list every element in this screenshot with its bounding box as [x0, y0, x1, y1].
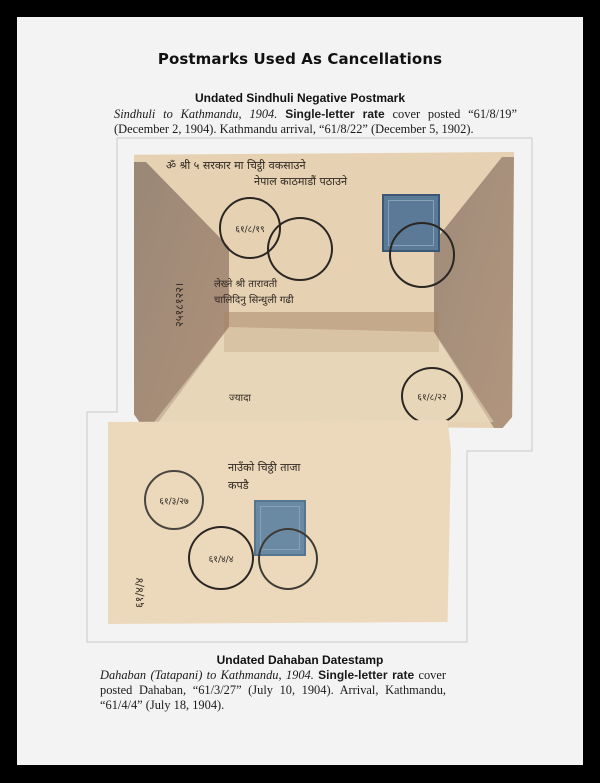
cancellation-on-stamp — [389, 222, 455, 288]
caption-route: Dahaban (Tatapani) to Kathmandu, 1904. — [100, 668, 314, 682]
address-line-4: चालिदिनु सिन्धुली गढी — [214, 292, 294, 306]
address-line-1: नाउँको चिठ्ठी ताजा — [228, 460, 300, 475]
address-line-1: ॐ श्री ५ सरकार मा चिट्ठी वकसाउने — [166, 158, 306, 173]
address-line-5: ज्यादा — [229, 390, 251, 404]
postmark-transit — [267, 217, 333, 281]
address-line-2: कपडै — [228, 478, 249, 493]
section-heading-dahaban: Undated Dahaban Datestamp — [17, 653, 583, 667]
postmark-kathmandu-arrival: ६१/४/४ — [188, 526, 254, 590]
caption-rate: Single-letter rate — [318, 668, 414, 682]
postmark-dahaban: ६१/३/२७ — [144, 470, 204, 530]
cover-sindhuli: ॐ श्री ५ सरकार मा चिट्ठी वकसाउने नेपाल क… — [134, 152, 514, 428]
caption-dahaban: Dahaban (Tatapani) to Kathmandu, 1904. S… — [100, 668, 446, 713]
cover-dahaban: नाउँको चिठ्ठी ताजा कपडै ६१/४/४ ६१/३/२७ ६… — [108, 420, 451, 624]
address-line-3: लेख्ने श्री तारावती — [214, 276, 277, 290]
side-annotation: ६१/४/४ — [132, 578, 147, 608]
address-line-2: नेपाल काठमाडौं पठाउने — [254, 174, 347, 189]
postmark-kathmandu-arrival: ६१/८/२२ — [401, 367, 463, 425]
cancellation-on-stamp — [258, 528, 318, 590]
side-annotation: २५१८१२२। — [172, 283, 187, 327]
album-page: Postmarks Used As Cancellations Undated … — [17, 17, 583, 765]
